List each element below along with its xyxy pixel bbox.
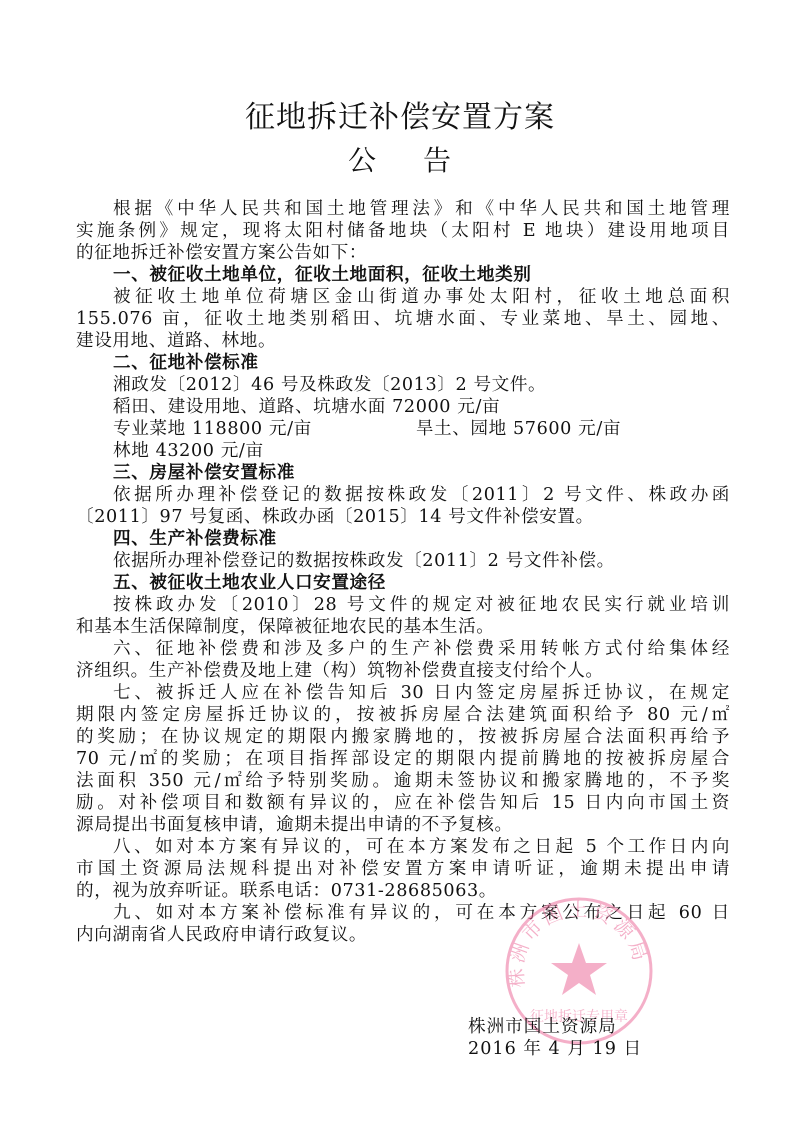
section-7-line: 七、被拆迁人应在补偿告知后 30 日内签定房屋拆迁协议，在规定: [76, 682, 730, 704]
section-heading-2: 二、征地补偿标准: [76, 352, 730, 374]
section-8-line: 八、如对本方案有异议的，可在本方案发布之日起 5 个工作日内向: [76, 836, 730, 858]
section-heading-5: 五、被征收土地农业人口安置途径: [76, 572, 730, 594]
section-2-rate: 专业菜地 118800 元/亩: [113, 419, 312, 439]
section-1-line: 建设用地、道路、林地。: [76, 330, 730, 352]
issuer-name: 株洲市国土资源局: [468, 1016, 642, 1038]
section-7-line: 法面积 350 元/㎡给予特别奖励。逾期未签协议和搬家腾地的，不予奖: [76, 770, 730, 792]
section-3-line: 〔2011〕97 号复函、株政办函〔2015〕14 号文件补偿安置。: [76, 506, 730, 528]
section-7-line: 源局提出书面复核申请，逾期未提出申请的不予复核。: [76, 814, 730, 836]
section-heading-1: 一、被征收土地单位，征收土地面积，征收土地类别: [76, 264, 730, 286]
section-1-line: 155.076 亩，征收土地类别稻田、坑塘水面、专业菜地、旱土、园地、: [76, 308, 730, 330]
document-title: 征地拆迁补偿安置方案: [0, 100, 800, 136]
section-7-line: 期限内签定房屋拆迁协议的，按被拆房屋合法建筑面积给予 80 元/㎡: [76, 704, 730, 726]
section-7-line: 70 元/㎡的奖励；在项目指挥部设定的期限内提前腾地的按被拆房屋合: [76, 748, 730, 770]
section-3-line: 依据所办理补偿登记的数据按株政发〔2011〕2 号文件、株政办函: [76, 484, 730, 506]
section-7-line: 励。对补偿项目和数额有异议的，应在补偿告知后 15 日内向市国土资: [76, 792, 730, 814]
section-heading-3: 三、房屋补偿安置标准: [76, 462, 730, 484]
issue-date: 2016 年 4 月 19 日: [468, 1038, 642, 1060]
notice-document: 征地拆迁补偿安置方案 公告 根据《中华人民共和国土地管理法》和《中华人民共和国土…: [0, 0, 800, 1125]
section-2-basis: 湘政发〔2012〕46 号及株政发〔2013〕2 号文件。: [76, 374, 730, 396]
intro-line: 的征地拆迁补偿安置方案公告如下：: [76, 242, 730, 264]
section-5-line: 和基本生活保障制度，保障被征地农民的基本生活。: [76, 616, 730, 638]
intro-line: 实施条例》规定，现将太阳村储备地块（太阳村 E 地块）建设用地项目: [76, 220, 730, 242]
section-2-rate: 旱土、园地 57600 元/亩: [416, 419, 621, 439]
section-4-line: 依据所办理补偿登记的数据按株政发〔2011〕2 号文件补偿。: [76, 550, 730, 572]
subtitle-char-2: 告: [423, 144, 452, 177]
intro-line: 根据《中华人民共和国土地管理法》和《中华人民共和国土地管理: [76, 198, 730, 220]
subtitle-char-1: 公: [348, 144, 377, 177]
document-subtitle: 公告: [0, 144, 800, 178]
section-2-rate: 林地 43200 元/亩: [76, 440, 730, 462]
section-8-line: 市国土资源局法规科提出对补偿安置方案申请听证，逾期未提出申请: [76, 858, 730, 880]
section-heading-4: 四、生产补偿费标准: [76, 528, 730, 550]
signature-block: 株洲市国土资源局 2016 年 4 月 19 日: [468, 1016, 642, 1060]
document-body: 根据《中华人民共和国土地管理法》和《中华人民共和国土地管理 实施条例》规定，现将…: [76, 198, 730, 946]
section-6-line: 济组织。生产补偿费及地上建（构）筑物补偿费直接支付给个人。: [76, 660, 730, 682]
section-2-rate: 稻田、建设用地、道路、坑塘水面 72000 元/亩: [76, 396, 730, 418]
section-2-rate-row: 专业菜地 118800 元/亩旱土、园地 57600 元/亩: [76, 418, 730, 440]
section-1-line: 被征收土地单位荷塘区金山街道办事处太阳村，征收土地总面积: [76, 286, 730, 308]
section-5-line: 按株政办发〔2010〕28 号文件的规定对被征地农民实行就业培训: [76, 594, 730, 616]
section-6-line: 六、征地补偿费和涉及多户的生产补偿费采用转帐方式付给集体经: [76, 638, 730, 660]
section-7-line: 的奖励；在协议规定的期限内搬家腾地的，按被拆房屋合法面积再给予: [76, 726, 730, 748]
